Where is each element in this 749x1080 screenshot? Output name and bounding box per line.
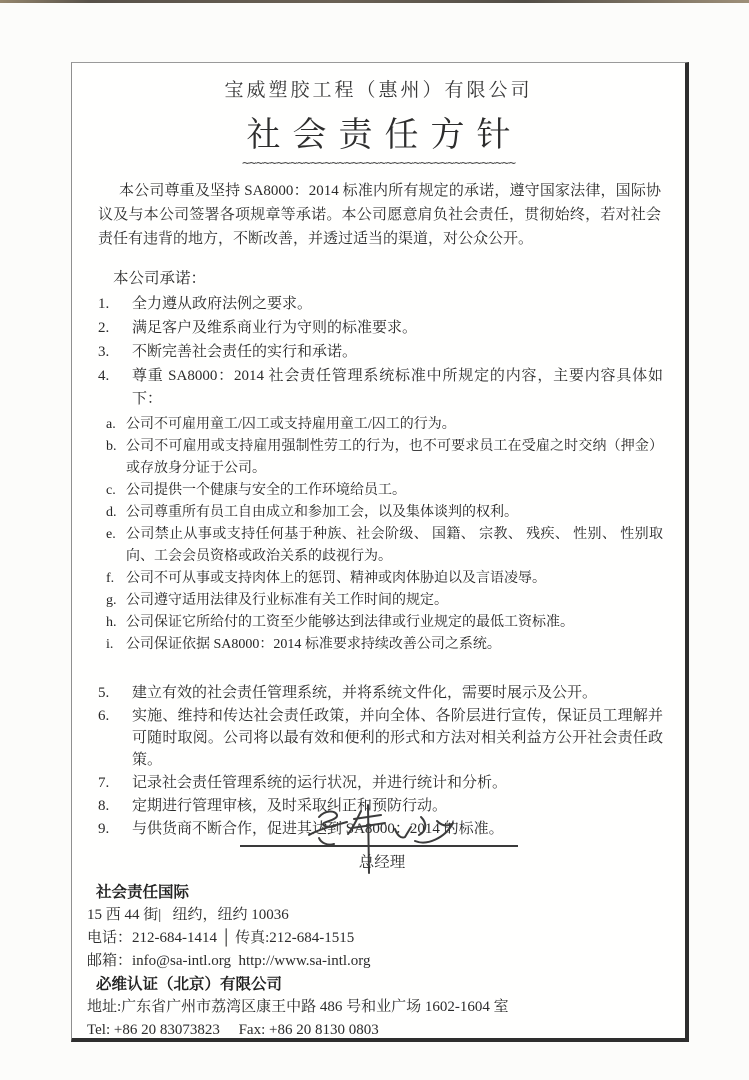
- item-number: 1.: [98, 293, 132, 316]
- title-underline-decoration: ~~~~~~~~~~~~~~~~~~~~~~~~~~~~~~~~~~~~~~~~: [72, 159, 685, 169]
- item-text: 建立有效的社会责任管理系统，并将系统文件化，需要时展示及公开。: [132, 682, 663, 704]
- company-name: 宝威塑胶工程（惠州）有限公司: [72, 75, 685, 102]
- list-item: 7. 记录社会责任管理系统的运行状况，并进行统计和分析。: [98, 772, 663, 794]
- sai-phone-fax: 电话：212-684-1414 │ 传真:212-684-1515: [87, 927, 667, 950]
- sub-list-item: c. 公司提供一个健康与安全的工作环境给员工。: [106, 480, 663, 502]
- sub-item-letter: h.: [106, 612, 126, 634]
- sub-list-item: h. 公司保证它所给付的工资至少能够达到法律或行业规定的最低工资标准。: [106, 612, 663, 634]
- document-title: 社会责任方针: [72, 107, 685, 156]
- list-item: 3. 不断完善社会责任的实行和承诺。: [98, 341, 663, 364]
- item-number: 2.: [98, 317, 132, 340]
- item-text: 全力遵从政府法例之要求。: [132, 293, 663, 316]
- sub-item-letter: a.: [106, 414, 126, 436]
- sub-item-text: 公司不可从事或支持肉体上的惩罚、精神或肉体胁迫以及言语凌辱。: [126, 568, 663, 590]
- sub-item-letter: f.: [106, 568, 126, 590]
- footer-contacts: 社会责任国际 15 西 44 街| 纽约，纽约 10036 电话：212-684…: [87, 881, 667, 1042]
- item-number: 3.: [98, 341, 132, 364]
- sub-item-letter: b.: [106, 436, 126, 480]
- list-item: 2. 满足客户及维系商业行为守则的标准要求。: [98, 317, 663, 340]
- item-number: 7.: [98, 772, 132, 794]
- sub-list-item: f. 公司不可从事或支持肉体上的惩罚、精神或肉体胁迫以及言语凌辱。: [106, 568, 663, 590]
- bv-address: 地址:广东省广州市荔湾区康王中路 486 号和业广场 1602-1604 室: [87, 996, 667, 1019]
- sub-item-text: 公司尊重所有员工自由成立和参加工会，以及集体谈判的权利。: [126, 502, 663, 524]
- sub-item-letter: g.: [106, 590, 126, 612]
- sub-list-item: e. 公司禁止从事或支持任何基于种族、社会阶级、 国籍、 宗教、 残疾、 性别、…: [106, 524, 663, 568]
- policy-intro-paragraph: 本公司尊重及坚持 SA8000：2014 标准内所有规定的承诺，遵守国家法律，国…: [98, 179, 661, 251]
- sub-item-text: 公司保证依据 SA8000：2014 标准要求持续改善公司之系统。: [126, 634, 663, 656]
- list-item: 5. 建立有效的社会责任管理系统，并将系统文件化，需要时展示及公开。: [98, 682, 663, 704]
- list-item: 1. 全力遵从政府法例之要求。: [98, 293, 663, 316]
- bv-name: 必维认证（北京）有限公司: [87, 973, 667, 996]
- sub-item-letter: d.: [106, 502, 126, 524]
- sub-item-text: 公司遵守适用法律及行业标准有关工作时间的规定。: [126, 590, 663, 612]
- sub-item-letter: i.: [106, 634, 126, 656]
- sa8000-sub-list: a. 公司不可雇用童工/囚工或支持雇用童工/囚工的行为。 b. 公司不可雇用或支…: [106, 414, 663, 656]
- item-text: 实施、维持和传达社会责任政策，并向全体、各阶层进行宣传，保证员工理解并可随时取阅…: [132, 705, 663, 771]
- item-number: 5.: [98, 682, 132, 704]
- sub-item-text: 公司禁止从事或支持任何基于种族、社会阶级、 国籍、 宗教、 残疾、 性别、 性别…: [126, 524, 663, 568]
- signature-block: 总经理: [232, 799, 532, 885]
- sai-address: 15 西 44 街| 纽约，纽约 10036: [87, 904, 667, 927]
- list-item: 6. 实施、维持和传达社会责任政策，并向全体、各阶层进行宣传，保证员工理解并可随…: [98, 705, 663, 771]
- item-number: 8.: [98, 795, 132, 817]
- sub-list-item: g. 公司遵守适用法律及行业标准有关工作时间的规定。: [106, 590, 663, 612]
- sub-list-item: b. 公司不可雇用或支持雇用强制性劳工的行为，也不可要求员工在受雇之时交纳（押金…: [106, 436, 663, 480]
- sub-list-item: d. 公司尊重所有员工自由成立和参加工会，以及集体谈判的权利。: [106, 502, 663, 524]
- signature-line: [240, 845, 518, 847]
- scanner-edge-artifact: [0, 0, 749, 3]
- sai-name: 社会责任国际: [87, 881, 667, 904]
- item-number: 4.: [98, 365, 132, 411]
- commitments-list-1-4: 1. 全力遵从政府法例之要求。 2. 满足客户及维系商业行为守则的标准要求。 3…: [98, 293, 663, 411]
- commitments-heading: 本公司承诺：: [98, 267, 663, 290]
- sub-list-item: i. 公司保证依据 SA8000：2014 标准要求持续改善公司之系统。: [106, 634, 663, 656]
- item-text: 尊重 SA8000：2014 社会责任管理系统标准中所规定的内容，主要内容具体如…: [132, 365, 663, 411]
- sub-item-letter: c.: [106, 480, 126, 502]
- item-text: 不断完善社会责任的实行和承诺。: [132, 341, 663, 364]
- sub-item-letter: e.: [106, 524, 126, 568]
- sai-email-web: 邮箱：info@sa-intl.org http://www.sa-intl.o…: [87, 950, 667, 973]
- item-number: 9.: [98, 818, 132, 840]
- item-number: 6.: [98, 705, 132, 771]
- list-item: 4. 尊重 SA8000：2014 社会责任管理系统标准中所规定的内容，主要内容…: [98, 365, 663, 411]
- sub-list-item: a. 公司不可雇用童工/囚工或支持雇用童工/囚工的行为。: [106, 414, 663, 436]
- sub-item-text: 公司提供一个健康与安全的工作环境给员工。: [126, 480, 663, 502]
- scanned-page: { "document": { "company_name": "宝威塑胶工程（…: [0, 0, 749, 1080]
- item-text: 记录社会责任管理系统的运行状况，并进行统计和分析。: [132, 772, 663, 794]
- sub-item-text: 公司不可雇用童工/囚工或支持雇用童工/囚工的行为。: [126, 414, 663, 436]
- bv-tel-fax: Tel: +86 20 83073823 Fax: +86 20 8130 08…: [87, 1019, 667, 1042]
- document-page: 宝威塑胶工程（惠州）有限公司 社会责任方针 ~~~~~~~~~~~~~~~~~~…: [71, 62, 689, 1042]
- signer-role: 总经理: [232, 850, 532, 872]
- sub-item-text: 公司不可雇用或支持雇用强制性劳工的行为，也不可要求员工在受雇之时交纳（押金）或存…: [126, 436, 663, 480]
- commitments-section: 本公司承诺： 1. 全力遵从政府法例之要求。 2. 满足客户及维系商业行为守则的…: [98, 267, 663, 841]
- item-text: 满足客户及维系商业行为守则的标准要求。: [132, 317, 663, 340]
- sub-item-text: 公司保证它所给付的工资至少能够达到法律或行业规定的最低工资标准。: [126, 612, 663, 634]
